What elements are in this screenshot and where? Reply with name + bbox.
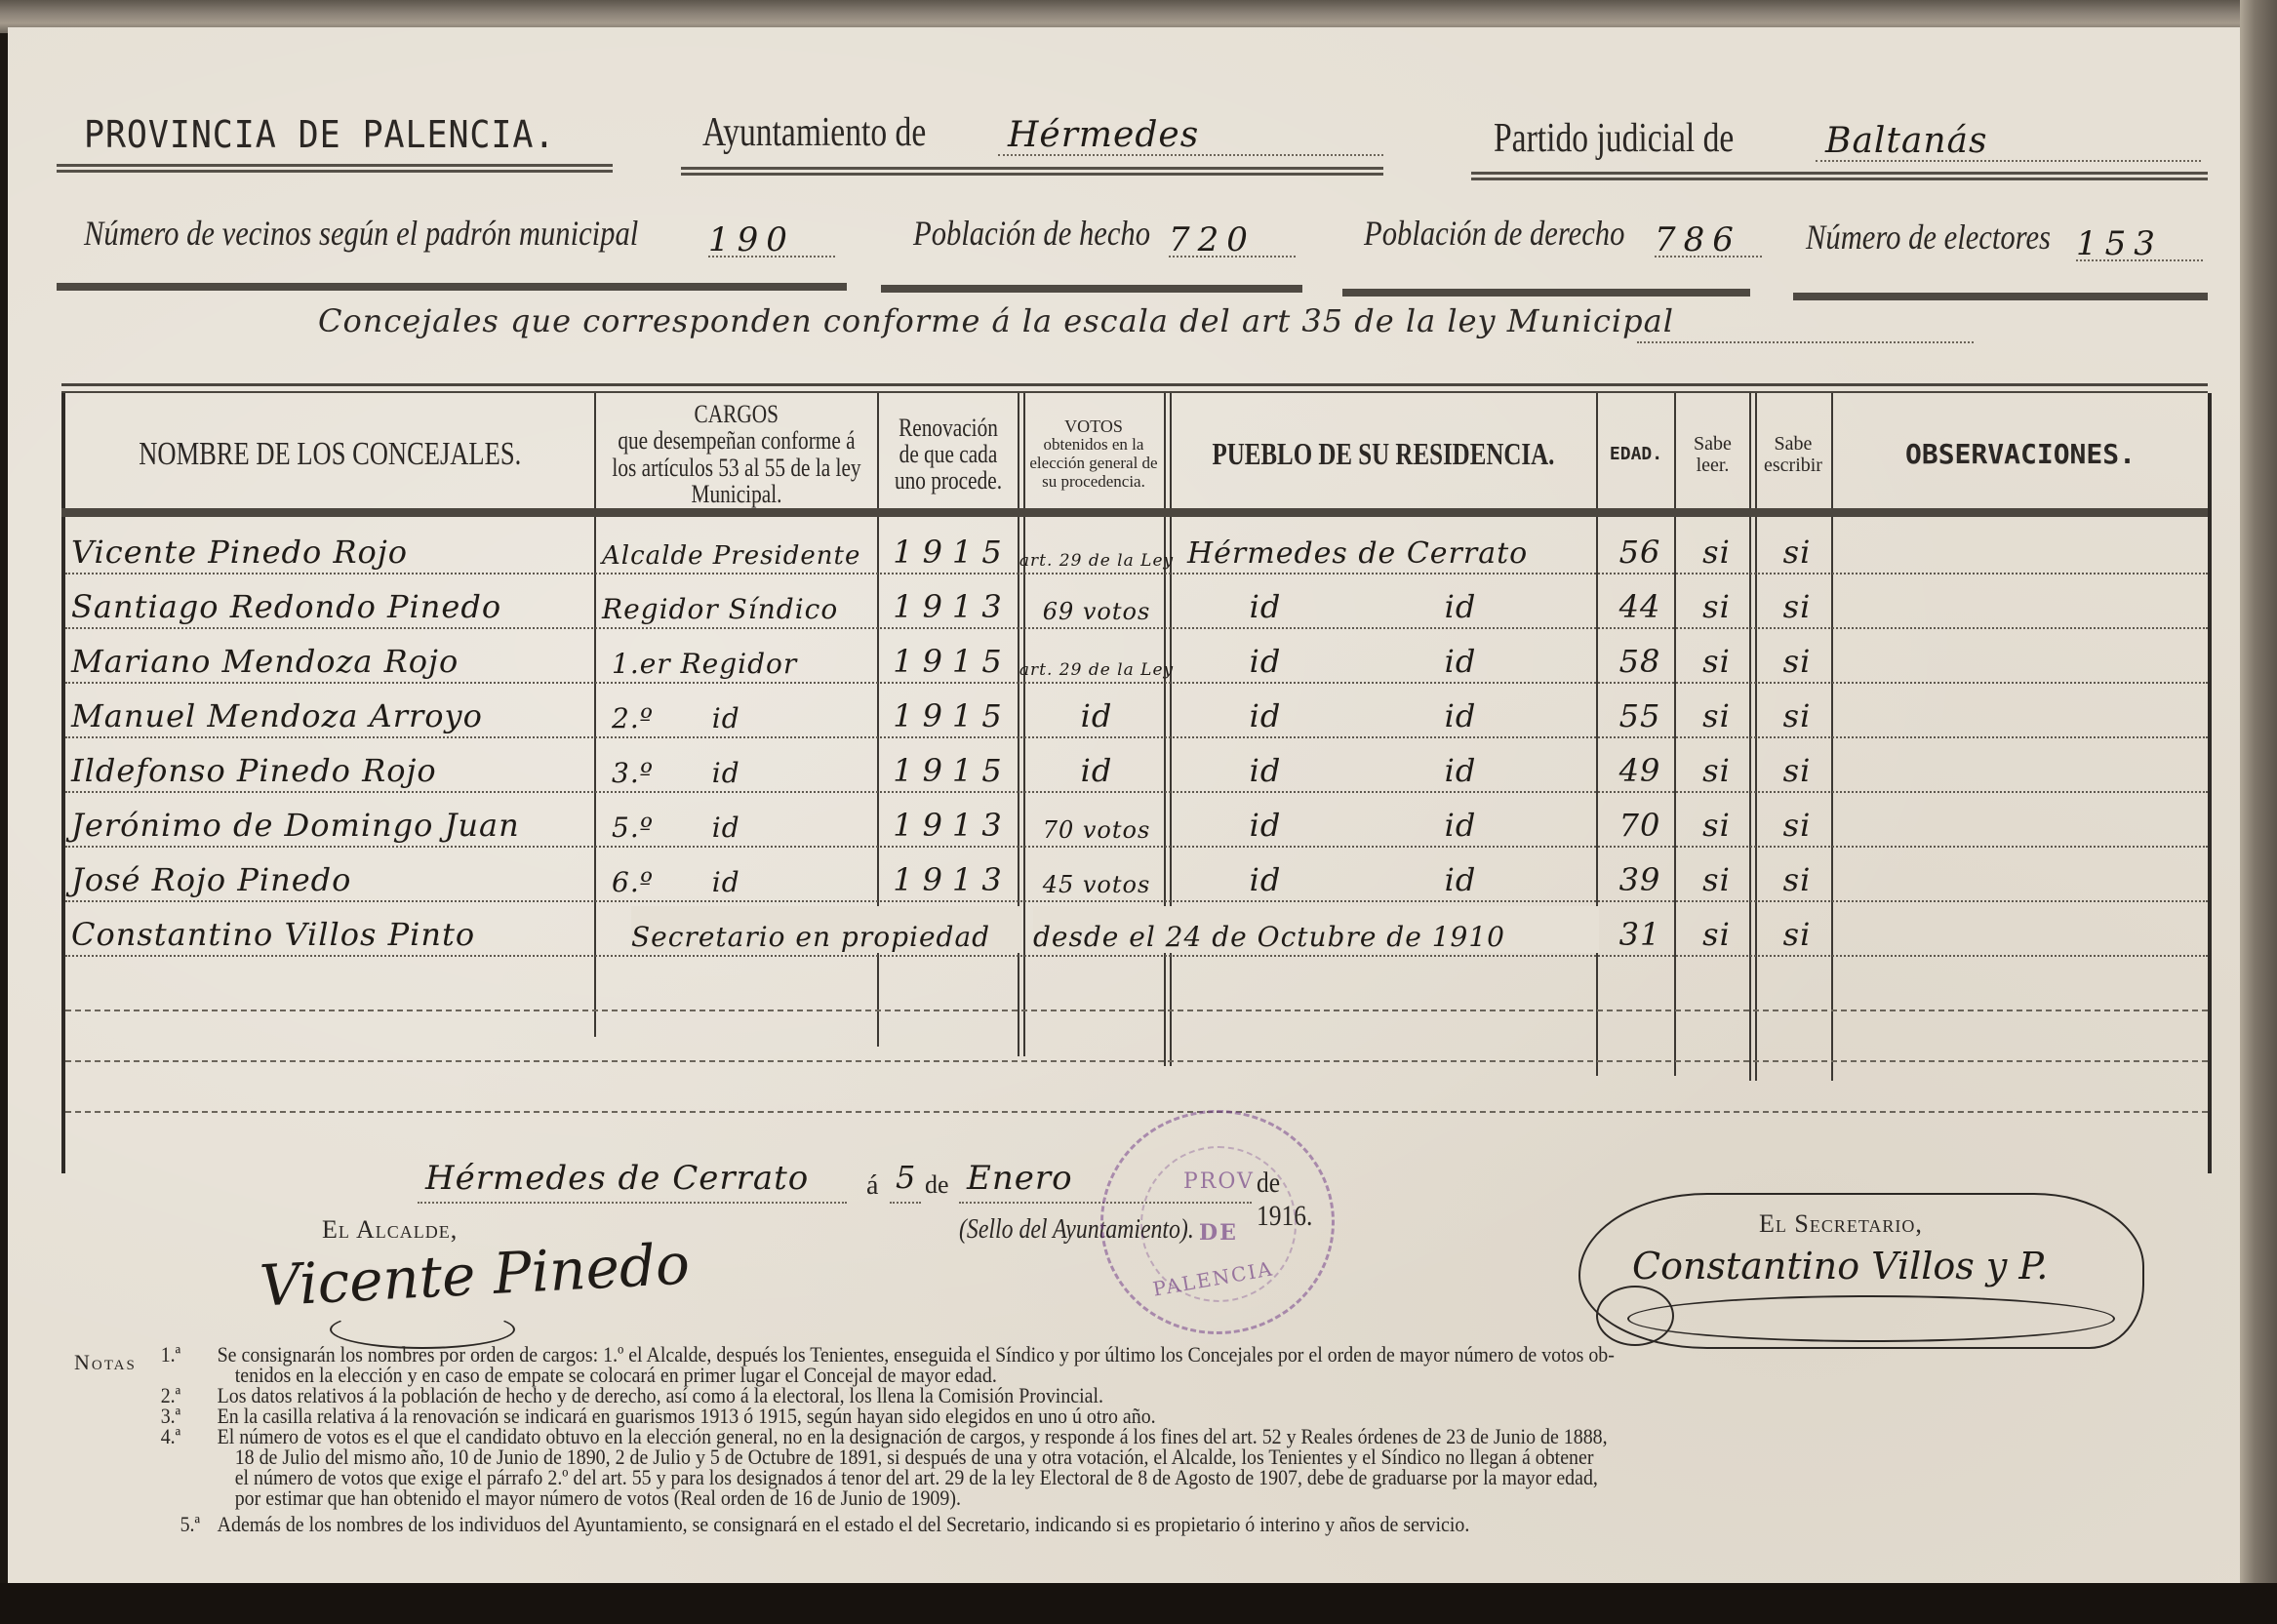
partido-label: Partido judicial de	[1494, 115, 1734, 162]
cell-escribir: si	[1759, 852, 1835, 898]
cell-nombre: Ildefonso Pinedo Rojo	[71, 742, 598, 789]
hecho-value: 720	[1169, 220, 1256, 259]
a-label: á	[866, 1170, 878, 1202]
vecinos-label: Número de vecinos según el padrón munici…	[84, 213, 638, 254]
cell-pueblo-b: id	[1412, 633, 1509, 680]
ayuntamiento-field: Hérmedes	[998, 115, 1383, 156]
cell-escribir: si	[1759, 524, 1835, 571]
partido-rule	[1471, 172, 2208, 180]
secretario-rubric	[1627, 1295, 2115, 1342]
row-rule	[65, 955, 2208, 957]
row2-rule-1	[57, 283, 847, 291]
note-1-cont: tenidos en la elección y en caso de empa…	[74, 1365, 2008, 1385]
cell-escribir: si	[1759, 578, 1835, 625]
ayuntamiento-label: Ayuntamiento de	[702, 109, 926, 156]
cell-edad: 55	[1602, 688, 1678, 734]
table-row-empty	[65, 1062, 2208, 1113]
cell-pueblo-b: id	[1412, 797, 1509, 844]
col-header-edad: EDAD.	[1598, 403, 1674, 505]
cell-pueblo-a: id	[1217, 797, 1314, 844]
col-header-cargos: CARGOS que desempeñan conforme á los art…	[596, 403, 877, 505]
cell-leer: si	[1680, 633, 1753, 680]
table-row-empty	[65, 961, 2208, 1011]
cell-escribir: si	[1759, 906, 1835, 953]
cell-renovacion: 1913	[883, 852, 1021, 898]
cell-escribir: si	[1759, 797, 1835, 844]
cell-edad: 31	[1602, 906, 1678, 953]
cell-pueblo-b: id	[1412, 852, 1509, 898]
cell-pueblo-a: id	[1217, 688, 1314, 734]
cell-leer: si	[1680, 578, 1753, 625]
secretario-label: El Secretario,	[1759, 1209, 1923, 1239]
municipal-stamp: PROV DE PALENCIA	[1100, 1110, 1335, 1334]
ayuntamiento-value: Hérmedes	[998, 115, 1199, 155]
row2-rule-4	[1793, 293, 2208, 300]
place-value: Hérmedes de Cerrato	[418, 1159, 809, 1198]
cell-pueblo-b: id	[1412, 578, 1509, 625]
de-label: de	[925, 1170, 949, 1200]
col-header-renovacion: Renovación de que cada uno procede.	[879, 403, 1018, 505]
table-row: Constantino Villos Pinto Secretario en p…	[65, 902, 2208, 957]
cell-renovacion: 1913	[883, 578, 1021, 625]
notes-section: Notas 1.ª Se consignarán los nombres por…	[74, 1344, 2211, 1534]
cell-edad: 49	[1602, 742, 1678, 789]
cell-leer: si	[1680, 688, 1753, 734]
cell-leer: si	[1680, 524, 1753, 571]
table-row: Manuel Mendoza Arroyo 2.º id 1915 id id …	[65, 684, 2208, 738]
electores-label: Número de electores	[1806, 217, 2051, 257]
col-header-votos: VOTOS obtenidos en la elección general d…	[1023, 403, 1164, 505]
document-page: PROVINCIA DE PALENCIA. Ayuntamiento de H…	[8, 27, 2242, 1586]
cell-cargo: 3.º id	[612, 742, 881, 789]
electores-field: 153	[2076, 224, 2203, 261]
cell-votos: art. 29 de la Ley	[1025, 633, 1168, 680]
cell-renovacion: 1915	[883, 688, 1021, 734]
cell-votos: 45 votos	[1025, 852, 1168, 898]
concejales-heading: Concejales que corresponden conforme á l…	[318, 302, 1674, 339]
cell-escribir: si	[1759, 742, 1835, 789]
table-row: Mariano Mendoza Rojo 1.er Regidor 1915 a…	[65, 629, 2208, 684]
cell-renovacion: 1913	[883, 797, 1021, 844]
cell-pueblo-a: id	[1217, 578, 1314, 625]
cell-votos: id	[1025, 688, 1168, 734]
place-field: Hérmedes de Cerrato	[418, 1159, 847, 1204]
book-right-edge	[2240, 0, 2277, 1624]
note-2: 2.ª Los datos relativos á la población d…	[74, 1385, 2008, 1406]
hecho-field: 720	[1169, 220, 1296, 257]
concejales-table: NOMBRE DE LOS CONCEJALES. CARGOS que des…	[61, 383, 2217, 1173]
cell-cargo: 6.º id	[612, 852, 881, 898]
col-header-sabe-escribir: Sabe escribir	[1755, 403, 1831, 505]
cell-votos: 69 votos	[1025, 578, 1168, 625]
cell-edad: 44	[1602, 578, 1678, 625]
day-field: 5	[890, 1159, 921, 1204]
cell-edad: 56	[1602, 524, 1678, 571]
cell-cargo: 2.º id	[612, 688, 881, 734]
cell-renovacion: 1915	[883, 742, 1021, 789]
col-header-sabe-leer: Sabe leer.	[1676, 403, 1749, 505]
cell-nombre: Jerónimo de Domingo Juan	[71, 797, 598, 844]
cell-nombre: Mariano Mendoza Rojo	[71, 633, 598, 680]
ayuntamiento-rule	[681, 167, 1383, 176]
table-top-rule	[61, 383, 2208, 393]
cell-leer: si	[1680, 906, 1753, 953]
cell-cargo: Alcalde Presidente	[602, 524, 881, 571]
province-title: PROVINCIA DE PALENCIA.	[84, 113, 555, 156]
cell-nombre: Vicente Pinedo Rojo	[71, 524, 598, 571]
secretario-signature: Constantino Villos y P.	[1632, 1245, 2048, 1287]
partido-value: Baltanás	[1816, 121, 1987, 161]
cell-edad: 58	[1602, 633, 1678, 680]
stamp-text: DE	[1199, 1220, 1238, 1246]
cell-pueblo-a: id	[1217, 852, 1314, 898]
cell-cargo: Regidor Síndico	[602, 578, 881, 625]
table-row: Jerónimo de Domingo Juan 5.º id 1913 70 …	[65, 793, 2208, 848]
cell-renovacion: 1915	[883, 633, 1021, 680]
alcalde-label: El Alcalde,	[322, 1215, 458, 1245]
col-header-observaciones: OBSERVACIONES.	[1833, 403, 2208, 505]
note-4-cont: el número de votos que exige el párrafo …	[74, 1467, 2008, 1487]
cell-renovacion: 1915	[883, 524, 1021, 571]
cell-edad: 70	[1602, 797, 1678, 844]
cell-cargo: 5.º id	[612, 797, 881, 844]
partido-field: Baltanás	[1816, 121, 2201, 162]
cell-leer: si	[1680, 797, 1753, 844]
electores-value: 153	[2076, 224, 2163, 263]
header-bottom-rule	[61, 508, 2208, 517]
note-4-cont: por estimar que han obtenido el mayor nú…	[74, 1487, 2008, 1508]
concejales-field	[1637, 324, 1974, 343]
cell-pueblo: Hérmedes de Cerrato	[1187, 524, 1597, 571]
cell-votos: art. 29 de la Ley	[1025, 524, 1168, 571]
row2-rule-3	[1342, 289, 1750, 297]
note-4-cont: 18 de Julio del mismo año, 10 de Junio d…	[74, 1446, 2008, 1467]
cell-pueblo-b: id	[1412, 742, 1509, 789]
province-rule	[57, 164, 613, 173]
month-value: Enero	[959, 1159, 1073, 1198]
cell-pueblo-a: id	[1217, 742, 1314, 789]
cell-escribir: si	[1759, 688, 1835, 734]
cell-leer: si	[1680, 852, 1753, 898]
table-row: Ildefonso Pinedo Rojo 3.º id 1915 id id …	[65, 738, 2208, 793]
cell-cargo: Secretario en propiedad	[631, 906, 1021, 953]
cell-nombre: Constantino Villos Pinto	[71, 906, 598, 953]
cell-nombre: Manuel Mendoza Arroyo	[71, 688, 598, 734]
vecinos-value: 190	[708, 220, 795, 259]
col-header-pueblo: PUEBLO DE SU RESIDENCIA.	[1170, 403, 1596, 505]
derecho-field: 786	[1655, 220, 1762, 257]
table-row: Santiago Redondo Pinedo Regidor Síndico …	[65, 574, 2208, 629]
cell-votos: 70 votos	[1025, 797, 1168, 844]
stamp-text: PROV	[1183, 1169, 1255, 1194]
row2-rule-2	[881, 285, 1302, 293]
vecinos-field: 190	[708, 220, 835, 257]
derecho-value: 786	[1655, 220, 1741, 259]
cell-nombre: Santiago Redondo Pinedo	[71, 578, 598, 625]
cell-pueblo-b: id	[1412, 688, 1509, 734]
cell-cargo: 1.er Regidor	[612, 633, 881, 680]
table-row-empty	[65, 1011, 2208, 1062]
note-4: 4.ª El número de votos es el que el cand…	[74, 1426, 2008, 1446]
table-row: José Rojo Pinedo 6.º id 1913 45 votos id…	[65, 848, 2208, 902]
note-3: 3.ª En la casilla relativa á la renovaci…	[74, 1406, 2008, 1426]
cell-leer: si	[1680, 742, 1753, 789]
scan-bottom-edge	[0, 1583, 2277, 1624]
cell-edad: 39	[1602, 852, 1678, 898]
note-1: 1.ª Se consignarán los nombres por orden…	[74, 1344, 2008, 1365]
cell-pueblo: desde el 24 de Octubre de 1910	[1033, 906, 1599, 953]
cell-nombre: José Rojo Pinedo	[71, 852, 598, 898]
cell-pueblo-a: id	[1217, 633, 1314, 680]
table-row: Vicente Pinedo Rojo Alcalde Presidente 1…	[65, 520, 2208, 574]
table-right-border	[2208, 393, 2212, 1173]
col-header-nombre: NOMBRE DE LOS CONCEJALES.	[65, 403, 594, 505]
cell-escribir: si	[1759, 633, 1835, 680]
derecho-label: Población de derecho	[1364, 213, 1624, 254]
hecho-label: Población de hecho	[913, 213, 1150, 254]
note-5: 5.ª Además de los nombres de los individ…	[74, 1514, 2008, 1534]
day-value: 5	[890, 1159, 916, 1196]
cell-votos: id	[1025, 742, 1168, 789]
